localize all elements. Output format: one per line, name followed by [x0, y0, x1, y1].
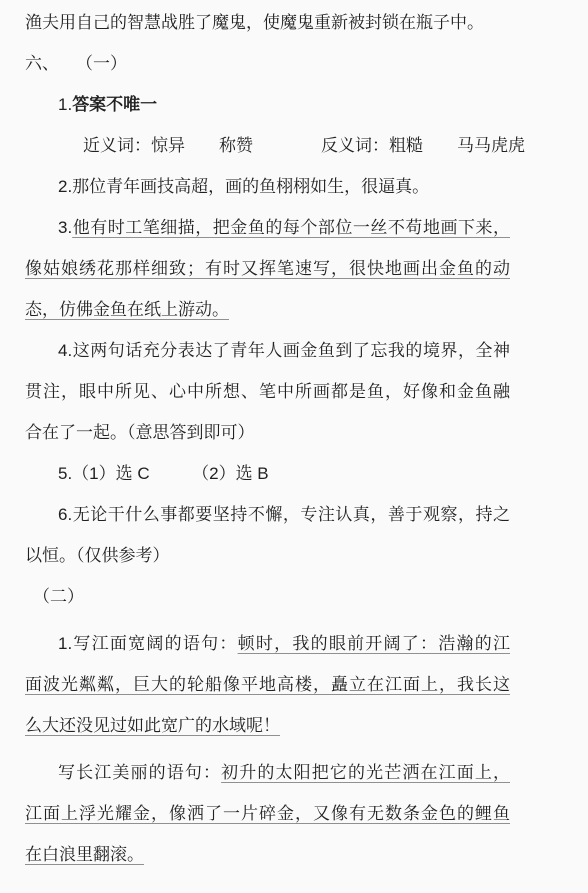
- text-line: 5.（1）选 C （2）选 B: [58, 453, 588, 494]
- page: { "colors": { "background": "#fafafa", "…: [0, 0, 588, 893]
- answer-text: 贯注，眼中所见、心中所想、笔中所画都是鱼，好像和金鱼融: [25, 382, 510, 401]
- underlined-answer-text: 顿时，我的眼前开阔了：浩瀚的江: [238, 634, 510, 653]
- underlined-answer-text: 他有时工笔细描，把金鱼的每个部位一丝不苟地画下来，: [72, 218, 510, 237]
- answer-text: 4.这两句话充分表达了青年人画金鱼到了忘我的境界，全神: [58, 341, 510, 360]
- text-line: 么大还没见过如此宽广的水域呢！: [25, 705, 588, 746]
- underlined-answer-text: 面波光粼粼，巨大的轮船像平地高楼，矗立在江面上，我长这: [25, 675, 510, 694]
- answer-text: 渔夫用自己的智慧战胜了魔鬼，使魔鬼重新被封锁在瓶子中。: [25, 13, 484, 32]
- document-body: 渔夫用自己的智慧战胜了魔鬼，使魔鬼重新被封锁在瓶子中。六、 （一）1.答案不唯一…: [25, 2, 588, 875]
- text-line: 写长江美丽的语句：初升的太阳把它的光芒洒在江面上，: [58, 752, 510, 793]
- text-line: 江面上浮光耀金，像洒了一片碎金，又像有无数条金色的鲤鱼: [25, 793, 510, 834]
- answer-text: 1.: [58, 95, 72, 114]
- answer-sheet-document: 渔夫用自己的智慧战胜了魔鬼，使魔鬼重新被封锁在瓶子中。六、 （一）1.答案不唯一…: [0, 0, 588, 875]
- underlined-answer-text: 在白浪里翻滚。: [25, 845, 144, 864]
- text-line: 以恒。（仅供参考）: [25, 535, 588, 576]
- text-line: 1.写江面宽阔的语句：顿时，我的眼前开阔了：浩瀚的江: [58, 623, 510, 664]
- text-line: 1.答案不唯一: [58, 84, 588, 125]
- answer-text: 6.无论干什么事都要坚持不懈，专注认真，善于观察，持之: [58, 505, 510, 524]
- text-line: 近义词：惊异 称赞 反义词：粗糙 马马虎虎: [83, 125, 588, 166]
- text-line: 态，仿佛金鱼在纸上游动。: [25, 289, 588, 330]
- underlined-answer-text: 江面上浮光耀金，像洒了一片碎金，又像有无数条金色的鲤鱼: [25, 804, 510, 823]
- underlined-answer-text: 初升的太阳把它的光芒洒在江面上，: [221, 763, 510, 782]
- text-line: 3.他有时工笔细描，把金鱼的每个部位一丝不苟地画下来，: [58, 207, 510, 248]
- answer-text: 以恒。（仅供参考）: [25, 546, 170, 565]
- text-line: 像姑娘绣花那样细致；有时又挥笔速写，很快地画出金鱼的动: [25, 248, 510, 289]
- text-line: 渔夫用自己的智慧战胜了魔鬼，使魔鬼重新被封锁在瓶子中。: [25, 2, 588, 43]
- answer-text: 答案不唯一: [72, 95, 157, 114]
- answer-text: 近义词：惊异 称赞 反义词：粗糙 马马虎虎: [83, 136, 525, 155]
- text-line: 合在了一起。（意思答到即可）: [25, 412, 588, 453]
- answer-text: 六、 （一）: [25, 54, 127, 73]
- text-line: 4.这两句话充分表达了青年人画金鱼到了忘我的境界，全神: [58, 330, 510, 371]
- answer-text: 5.（1）选 C （2）选 B: [58, 464, 269, 483]
- underlined-answer-text: 态，仿佛金鱼在纸上游动。: [25, 300, 229, 319]
- text-line: 六、 （一）: [25, 43, 588, 84]
- answer-text: 1.写江面宽阔的语句：: [58, 634, 238, 653]
- underlined-answer-text: 么大还没见过如此宽广的水域呢！: [25, 716, 280, 735]
- answer-text: 2.那位青年画技高超，画的鱼栩栩如生，很逼真。: [58, 177, 429, 196]
- text-line: 6.无论干什么事都要坚持不懈，专注认真，善于观察，持之: [58, 494, 510, 535]
- text-line: 在白浪里翻滚。: [25, 834, 588, 875]
- answer-text: 合在了一起。（意思答到即可）: [25, 423, 255, 442]
- answer-text: 写长江美丽的语句：: [58, 763, 221, 782]
- text-line: 面波光粼粼，巨大的轮船像平地高楼，矗立在江面上，我长这: [25, 664, 510, 705]
- answer-text: 3.: [58, 218, 72, 237]
- text-line: 贯注，眼中所见、心中所想、笔中所画都是鱼，好像和金鱼融: [25, 371, 510, 412]
- underlined-answer-text: 像姑娘绣花那样细致；有时又挥笔速写，很快地画出金鱼的动: [25, 259, 510, 278]
- text-line: （二）: [33, 576, 588, 617]
- text-line: 2.那位青年画技高超，画的鱼栩栩如生，很逼真。: [58, 166, 588, 207]
- answer-text: （二）: [33, 587, 84, 606]
